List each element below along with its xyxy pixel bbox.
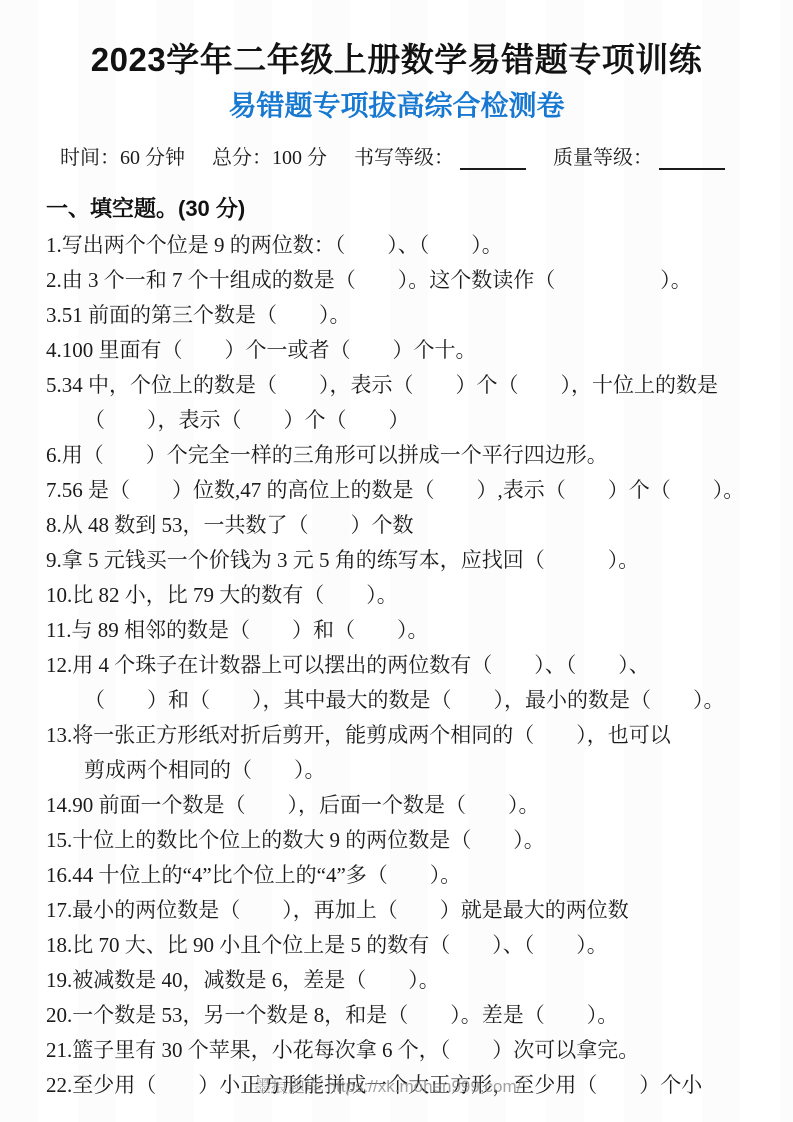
question-9: 9.拿 5 元钱买一个价钱为 3 元 5 角的练写本，应找回（ ）。 [46,543,793,578]
question-3: 3.51 前面的第三个数是（ ）。 [46,298,793,333]
question-20: 20.一个数是 53，另一个数是 8，和是（ ）。差是（ ）。 [46,998,793,1033]
question-5-line-1: 5.34 中，个位上的数是（ ），表示（ ）个（ ），十位上的数是 [46,368,793,403]
page-subtitle: 易错题专项拔高综合检测卷 [0,90,793,122]
question-17: 17.最小的两位数是（ ），再加上（ ）就是最大的两位数 [46,893,793,928]
question-18: 18.比 70 大、比 90 小且个位上是 5 的数有（ ）、（ ）。 [46,928,793,963]
question-13-line-1: 13.将一张正方形纸对折后剪开，能剪成两个相同的（ ），也可以 [46,718,793,753]
writing-grade-blank [460,147,526,170]
question-1: 1.写出两个个位是 9 的两位数：（ ）、（ ）。 [46,228,793,263]
question-12-line-1: 12.用 4 个珠子在计数器上可以摆出的两位数有（ ）、（ ）、 [46,648,793,683]
question-12-line-2: （ ）和（ ），其中最大的数是（ ），最小的数是（ ）。 [46,683,793,718]
quality-grade-blank [659,147,725,170]
question-8: 8.从 48 数到 53，一共数了（ ）个数 [46,508,793,543]
question-7: 7.56 是（ ）位数,47 的高位上的数是（ ）,表示（ ）个（ ）。 [46,473,793,508]
question-16: 16.44 十位上的“4”比个位上的“4”多（ ）。 [46,858,793,893]
writing-grade-label: 书写等级： [354,146,454,170]
question-list: 1.写出两个个位是 9 的两位数：（ ）、（ ）。2.由 3 个一和 7 个十组… [46,228,793,1103]
worksheet-page: 2023学年二年级上册数学易错题专项训练 易错题专项拔高综合检测卷 时间：60 … [0,0,793,1122]
question-15: 15.十位上的数比个位上的数大 9 的两位数是（ ）。 [46,823,793,858]
writing-grade: 书写等级： [354,146,526,170]
total-score-label: 总分：100 分 [212,146,327,170]
section-heading: 一、填空题。(30 分) [46,196,793,222]
question-2: 2.由 3 个一和 7 个十组成的数是（ ）。这个数读作（ ）。 [46,263,793,298]
page-title: 2023学年二年级上册数学易错题专项训练 [0,0,793,78]
question-21: 21.篮子里有 30 个苹果，小花每次拿 6 个，（ ）次可以拿完。 [46,1033,793,1068]
question-19: 19.被减数是 40，减数是 6，差是（ ）。 [46,963,793,998]
question-5-line-2: （ ），表示（ ）个（ ） [46,403,793,438]
quality-grade-label: 质量等级： [553,146,653,170]
question-10: 10.比 82 小，比 79 大的数有（ ）。 [46,578,793,613]
exam-info-row: 时间：60 分钟 总分：100 分 书写等级： 质量等级： [60,146,793,170]
quality-grade: 质量等级： [553,146,725,170]
question-6: 6.用（ ）个完全一样的三角形可以拼成一个平行四边形。 [46,438,793,473]
question-11: 11.与 89 相邻的数是（ ）和（ ）。 [46,613,793,648]
question-13-line-2: 剪成两个相同的（ ）。 [46,753,793,788]
question-22: 22.至少用（ ）小正方形能拼成一个大正方形，至少用（ ）个小 [46,1068,793,1103]
question-14: 14.90 前面一个数是（ ），后面一个数是（ ）。 [46,788,793,823]
time-label: 时间：60 分钟 [60,146,185,170]
question-4: 4.100 里面有（ ）个一或者（ ）个十。 [46,333,793,368]
